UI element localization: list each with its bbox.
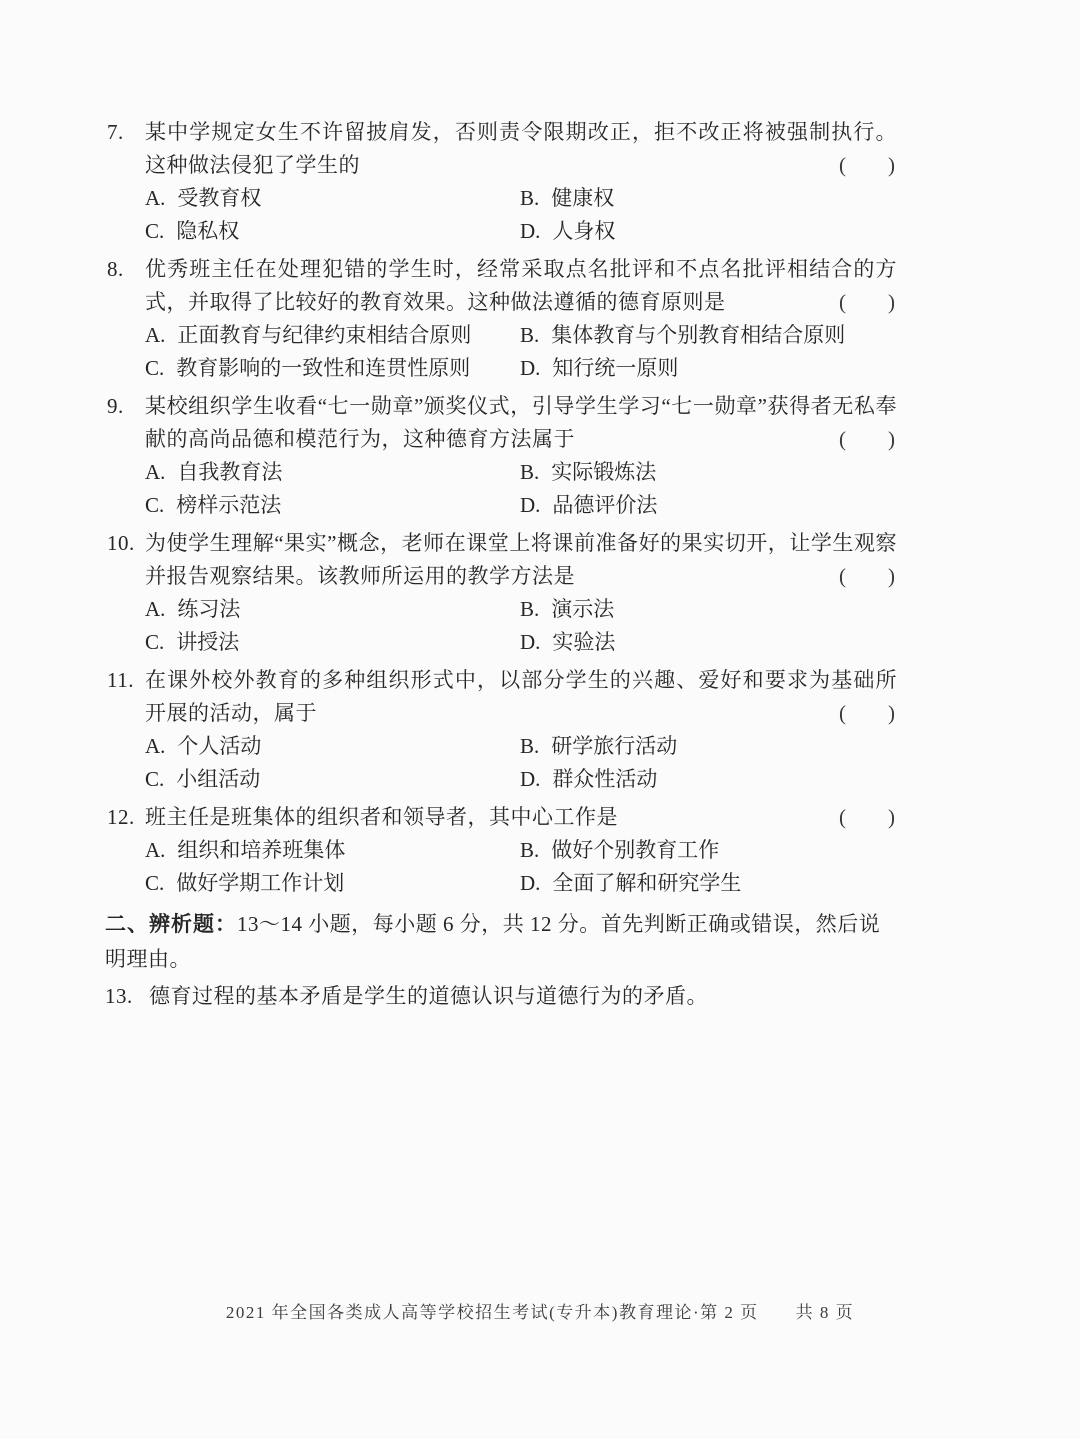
option-a: A.练习法 (145, 593, 520, 626)
option-label: B. (520, 460, 539, 484)
question-11: 11.在课外校外教育的多种组织形式中，以部分学生的兴趣、爱好和要求为基础所开展的… (105, 664, 897, 796)
option-label: D. (520, 356, 540, 380)
option-text: 受教育权 (177, 186, 261, 210)
option-text: 榜样示范法 (176, 493, 281, 517)
option-b: B.集体教育与个别教育相结合原则 (520, 319, 897, 352)
option-a: A.受教育权 (145, 182, 520, 215)
option-label: A. (145, 734, 165, 758)
option-label: B. (520, 597, 539, 621)
option-label: D. (520, 630, 540, 654)
option-text: 演示法 (551, 597, 614, 621)
question-text: 为使学生理解“果实”概念，老师在课堂上将课前准备好的果实切开，让学生观察并报告观… (145, 531, 897, 588)
question-7: 7.某中学规定女生不许留披肩发，否则责令限期改正，拒不改正将被强制执行。这种做法… (105, 116, 897, 248)
question-number: 11. (107, 664, 134, 697)
option-c: C.教育影响的一致性和连贯性原则 (145, 352, 520, 385)
options-list: A.正面教育与纪律约束相结合原则 B.集体教育与个别教育相结合原则 C.教育影响… (105, 319, 897, 385)
option-label: C. (145, 871, 164, 895)
option-label: A. (145, 597, 165, 621)
option-c: C.小组活动 (145, 763, 520, 796)
question-text: 优秀班主任在处理犯错的学生时，经常采取点名批评和不点名批评相结合的方式，并取得了… (145, 257, 897, 314)
question-stem: 7.某中学规定女生不许留披肩发，否则责令限期改正，拒不改正将被强制执行。这种做法… (105, 116, 897, 182)
option-b: B.研学旅行活动 (520, 730, 897, 763)
option-d: D.品德评价法 (520, 489, 897, 522)
section-title: 二、辨析题： (105, 913, 237, 936)
option-label: D. (520, 767, 540, 791)
option-label: A. (145, 460, 165, 484)
exam-paper-page: 7.某中学规定女生不许留披肩发，否则责令限期改正，拒不改正将被强制执行。这种做法… (0, 0, 1080, 1439)
option-text: 品德评价法 (552, 493, 657, 517)
option-label: C. (145, 767, 164, 791)
section-two-header: 二、辨析题：13～14 小题，每小题 6 分，共 12 分。首先判断正确或错误，… (105, 907, 897, 976)
option-d: D.实验法 (520, 626, 897, 659)
option-label: C. (145, 630, 164, 654)
option-b: B.演示法 (520, 593, 897, 626)
question-text: 某校组织学生收看“七一勋章”颁奖仪式，引导学生学习“七一勋章”获得者无私奉献的高… (145, 394, 897, 451)
option-c: C.榜样示范法 (145, 489, 520, 522)
option-a: A.自我教育法 (145, 456, 520, 489)
option-label: C. (145, 493, 164, 517)
option-text: 集体教育与个别教育相结合原则 (551, 323, 845, 347)
option-label: D. (520, 219, 540, 243)
option-text: 练习法 (177, 597, 240, 621)
options-list: A.组织和培养班集体 B.做好个别教育工作 C.做好学期工作计划 D.全面了解和… (105, 834, 897, 900)
option-text: 正面教育与纪律约束相结合原则 (177, 323, 471, 347)
option-c: C.讲授法 (145, 626, 520, 659)
option-text: 隐私权 (176, 219, 239, 243)
option-a: A.个人活动 (145, 730, 520, 763)
option-label: C. (145, 356, 164, 380)
option-label: C. (145, 219, 164, 243)
option-label: A. (145, 838, 165, 862)
answer-bracket: ( ) (839, 697, 895, 730)
question-number: 8. (107, 253, 124, 286)
option-label: B. (520, 323, 539, 347)
options-list: A.练习法 B.演示法 C.讲授法 D.实验法 (105, 593, 897, 659)
options-list: A.受教育权 B.健康权 C.隐私权 D.人身权 (105, 182, 897, 248)
question-10: 10.为使学生理解“果实”概念，老师在课堂上将课前准备好的果实切开，让学生观察并… (105, 527, 897, 659)
option-label: B. (520, 734, 539, 758)
answer-bracket: ( ) (839, 560, 895, 593)
question-stem: 10.为使学生理解“果实”概念，老师在课堂上将课前准备好的果实切开，让学生观察并… (105, 527, 897, 593)
answer-bracket: ( ) (839, 423, 895, 456)
option-text: 做好个别教育工作 (551, 838, 719, 862)
question-number: 10. (107, 527, 135, 560)
option-text: 实际锻炼法 (551, 460, 656, 484)
option-text: 小组活动 (176, 767, 260, 791)
option-text: 知行统一原则 (552, 356, 678, 380)
footer-text: 2021 年全国各类成人高等学校招生考试(专升本)教育理论·第 2 页 共 8 … (226, 1303, 854, 1322)
option-text: 全面了解和研究学生 (552, 871, 741, 895)
options-list: A.自我教育法 B.实际锻炼法 C.榜样示范法 D.品德评价法 (105, 456, 897, 522)
exam-content: 7.某中学规定女生不许留披肩发，否则责令限期改正，拒不改正将被强制执行。这种做法… (105, 116, 897, 1013)
question-stem: 11.在课外校外教育的多种组织形式中，以部分学生的兴趣、爱好和要求为基础所开展的… (105, 664, 897, 730)
option-text: 讲授法 (176, 630, 239, 654)
question-13: 13.德育过程的基本矛盾是学生的道德认识与道德行为的矛盾。 (105, 979, 897, 1013)
option-text: 人身权 (552, 219, 615, 243)
question-9: 9.某校组织学生收看“七一勋章”颁奖仪式，引导学生学习“七一勋章”获得者无私奉献… (105, 390, 897, 522)
option-text: 做好学期工作计划 (176, 871, 344, 895)
question-stem: 12.班主任是班集体的组织者和领导者，其中心工作是 ( ) (105, 801, 897, 834)
option-text: 自我教育法 (177, 460, 282, 484)
options-list: A.个人活动 B.研学旅行活动 C.小组活动 D.群众性活动 (105, 730, 897, 796)
option-label: B. (520, 838, 539, 862)
question-number: 12. (107, 801, 135, 834)
option-d: D.人身权 (520, 215, 897, 248)
option-c: C.做好学期工作计划 (145, 867, 520, 900)
option-text: 群众性活动 (552, 767, 657, 791)
question-text: 班主任是班集体的组织者和领导者，其中心工作是 (145, 805, 618, 829)
option-d: D.全面了解和研究学生 (520, 867, 897, 900)
answer-bracket: ( ) (839, 801, 895, 834)
option-text: 实验法 (552, 630, 615, 654)
option-text: 健康权 (551, 186, 614, 210)
option-label: A. (145, 323, 165, 347)
question-number: 13. (105, 979, 133, 1013)
option-d: D.知行统一原则 (520, 352, 897, 385)
option-label: A. (145, 186, 165, 210)
page-footer: 2021 年全国各类成人高等学校招生考试(专升本)教育理论·第 2 页 共 8 … (0, 1298, 1080, 1323)
option-text: 教育影响的一致性和连贯性原则 (176, 356, 470, 380)
question-number: 7. (107, 116, 124, 149)
option-b: B.做好个别教育工作 (520, 834, 897, 867)
option-b: B.健康权 (520, 182, 897, 215)
option-d: D.群众性活动 (520, 763, 897, 796)
option-label: B. (520, 186, 539, 210)
option-c: C.隐私权 (145, 215, 520, 248)
question-text: 德育过程的基本矛盾是学生的道德认识与道德行为的矛盾。 (149, 984, 708, 1008)
question-12: 12.班主任是班集体的组织者和领导者，其中心工作是 ( ) A.组织和培养班集体… (105, 801, 897, 900)
question-text: 某中学规定女生不许留披肩发，否则责令限期改正，拒不改正将被强制执行。这种做法侵犯… (145, 120, 897, 177)
question-stem: 9.某校组织学生收看“七一勋章”颁奖仪式，引导学生学习“七一勋章”获得者无私奉献… (105, 390, 897, 456)
question-text: 在课外校外教育的多种组织形式中，以部分学生的兴趣、爱好和要求为基础所开展的活动，… (145, 668, 897, 725)
option-label: D. (520, 871, 540, 895)
answer-bracket: ( ) (839, 149, 895, 182)
answer-bracket: ( ) (839, 286, 895, 319)
option-text: 研学旅行活动 (551, 734, 677, 758)
option-label: D. (520, 493, 540, 517)
question-8: 8.优秀班主任在处理犯错的学生时，经常采取点名批评和不点名批评相结合的方式，并取… (105, 253, 897, 385)
option-b: B.实际锻炼法 (520, 456, 897, 489)
question-stem: 8.优秀班主任在处理犯错的学生时，经常采取点名批评和不点名批评相结合的方式，并取… (105, 253, 897, 319)
option-a: A.组织和培养班集体 (145, 834, 520, 867)
option-text: 组织和培养班集体 (177, 838, 345, 862)
question-number: 9. (107, 390, 124, 423)
option-text: 个人活动 (177, 734, 261, 758)
option-a: A.正面教育与纪律约束相结合原则 (145, 319, 520, 352)
